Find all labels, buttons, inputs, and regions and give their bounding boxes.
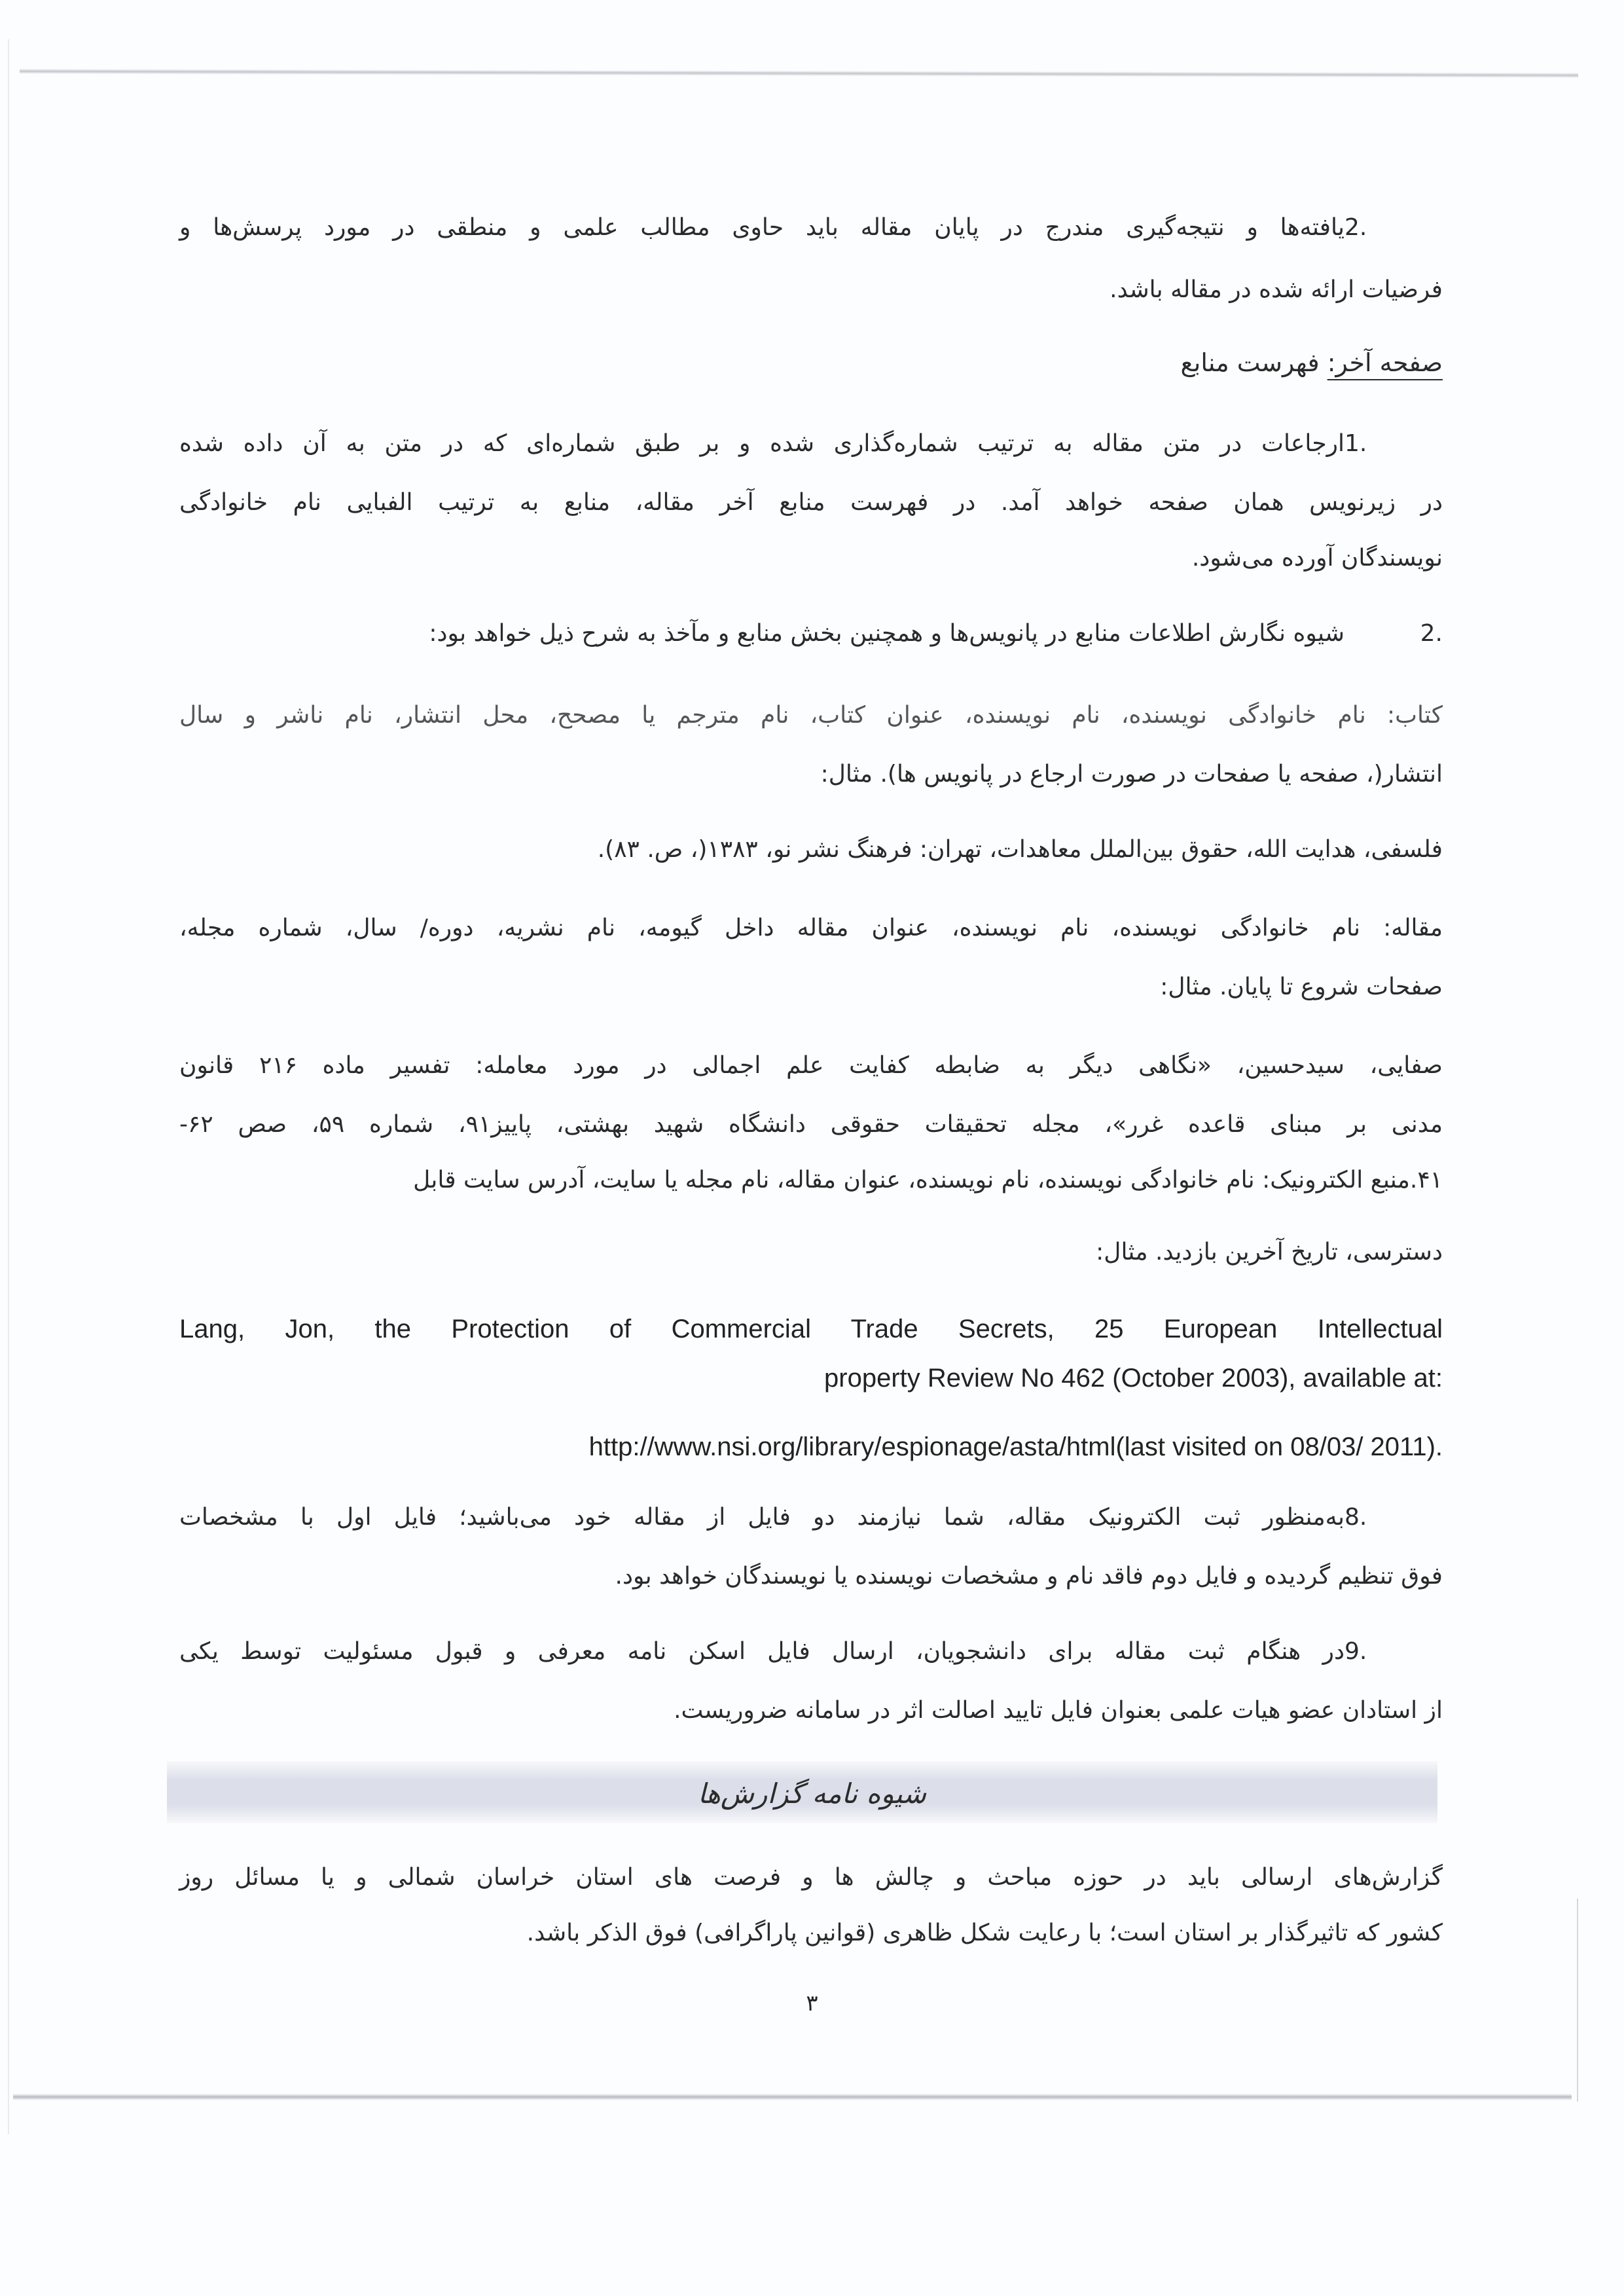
- item-8-line-1: 8.به‌منظور ثبت الکترونیک مقاله، شما نیاز…: [179, 1506, 1443, 1529]
- article-format-line-2: صفحات شروع تا پایان. مثال:: [179, 975, 1443, 999]
- article-example-line-2: مدنی بر مبنای قاعده غرر»، مجله تحقیقات ح…: [179, 1113, 1443, 1137]
- references-heading-label: صفحه آخر:: [1327, 348, 1443, 377]
- scan-artifact-left-edge: [8, 39, 9, 2134]
- book-format-line-2: انتشار(، صفحه یا صفحات در صورت ارجاع در …: [179, 763, 1443, 786]
- item-8-line-2: فوق تنظیم گردیده و فایل دوم فاقد نام و م…: [179, 1565, 1443, 1588]
- references-item-2-line-1: 2.شیوه نگارش اطلاعات منابع در پانویس‌ها …: [179, 622, 1443, 646]
- article-example-line-3: ۴۱.منبع الکترونیک: نام خانوادگی نویسنده،…: [179, 1169, 1443, 1192]
- item-9-line-1: 9.در هنگام ثبت مقاله برای دانشجویان، ارس…: [179, 1640, 1443, 1664]
- book-format-line-1: کتاب: نام خانوادگی نویسنده، نام نویسنده،…: [179, 704, 1443, 727]
- scan-artifact-bottom-line: [13, 2094, 1572, 2100]
- scan-artifact-right-edge: [1577, 1899, 1578, 2102]
- references-item-1-line-1: 1.ارجاعات در متن مقاله به ترتیب شماره‌گذ…: [179, 432, 1443, 456]
- electronic-example-line-1: Lang, Jon, the Protection of Commercial …: [179, 1316, 1443, 1342]
- reports-line-2: کشور که تاثیرگذار بر استان است؛ با رعایت…: [179, 1922, 1443, 1945]
- document-page: 2.یافته‌ها و نتیجه‌گیری مندرج در پایان م…: [0, 0, 1624, 2296]
- list-number: 9.: [1344, 1640, 1443, 1664]
- page-number: ۳: [0, 1990, 1624, 2016]
- article-format-line-1: مقاله: نام خانوادگی نویسنده، نام نویسنده…: [179, 917, 1443, 940]
- list-number: 2.: [1344, 622, 1443, 646]
- reports-line-1: گزارش‌های ارسالی باید در حوزه مباحث و چا…: [179, 1866, 1443, 1889]
- scan-artifact-top-line: [20, 69, 1578, 78]
- findings-item-line-2: فرضیات ارائه شده در مقاله باشد.: [179, 278, 1443, 302]
- references-item-1-line-2: در زیرنویس همان صفحه خواهد آمد. در فهرست…: [179, 491, 1443, 515]
- list-number: 2.: [1344, 216, 1443, 240]
- reports-section-title: شیوه نامه گزارش‌ها: [0, 1777, 1624, 1810]
- list-number: 1.: [1344, 432, 1443, 456]
- item-9-line-2: از استادان عضو هیات علمی بعنوان فایل تای…: [179, 1699, 1443, 1722]
- references-heading: صفحه آخر: فهرست منابع: [1181, 350, 1443, 375]
- electronic-example-line-2: property Review No 462 (October 2003), a…: [824, 1365, 1443, 1391]
- findings-item-line-1: 2.یافته‌ها و نتیجه‌گیری مندرج در پایان م…: [179, 216, 1443, 240]
- list-number: 8.: [1344, 1506, 1443, 1529]
- references-item-1-line-3: نویسندگان آورده می‌شود.: [179, 547, 1443, 570]
- book-example: فلسفی، هدایت الله، حقوق بین‌الملل معاهدا…: [179, 838, 1443, 862]
- article-example-line-1: صفایی، سیدحسین، «نگاهی دیگر به ضابطه کفا…: [179, 1054, 1443, 1078]
- electronic-format-line: دسترسی، تاریخ آخرین بازدید. مثال:: [179, 1241, 1443, 1264]
- electronic-example-url: http://www.nsi.org/library/espionage/ast…: [589, 1434, 1443, 1460]
